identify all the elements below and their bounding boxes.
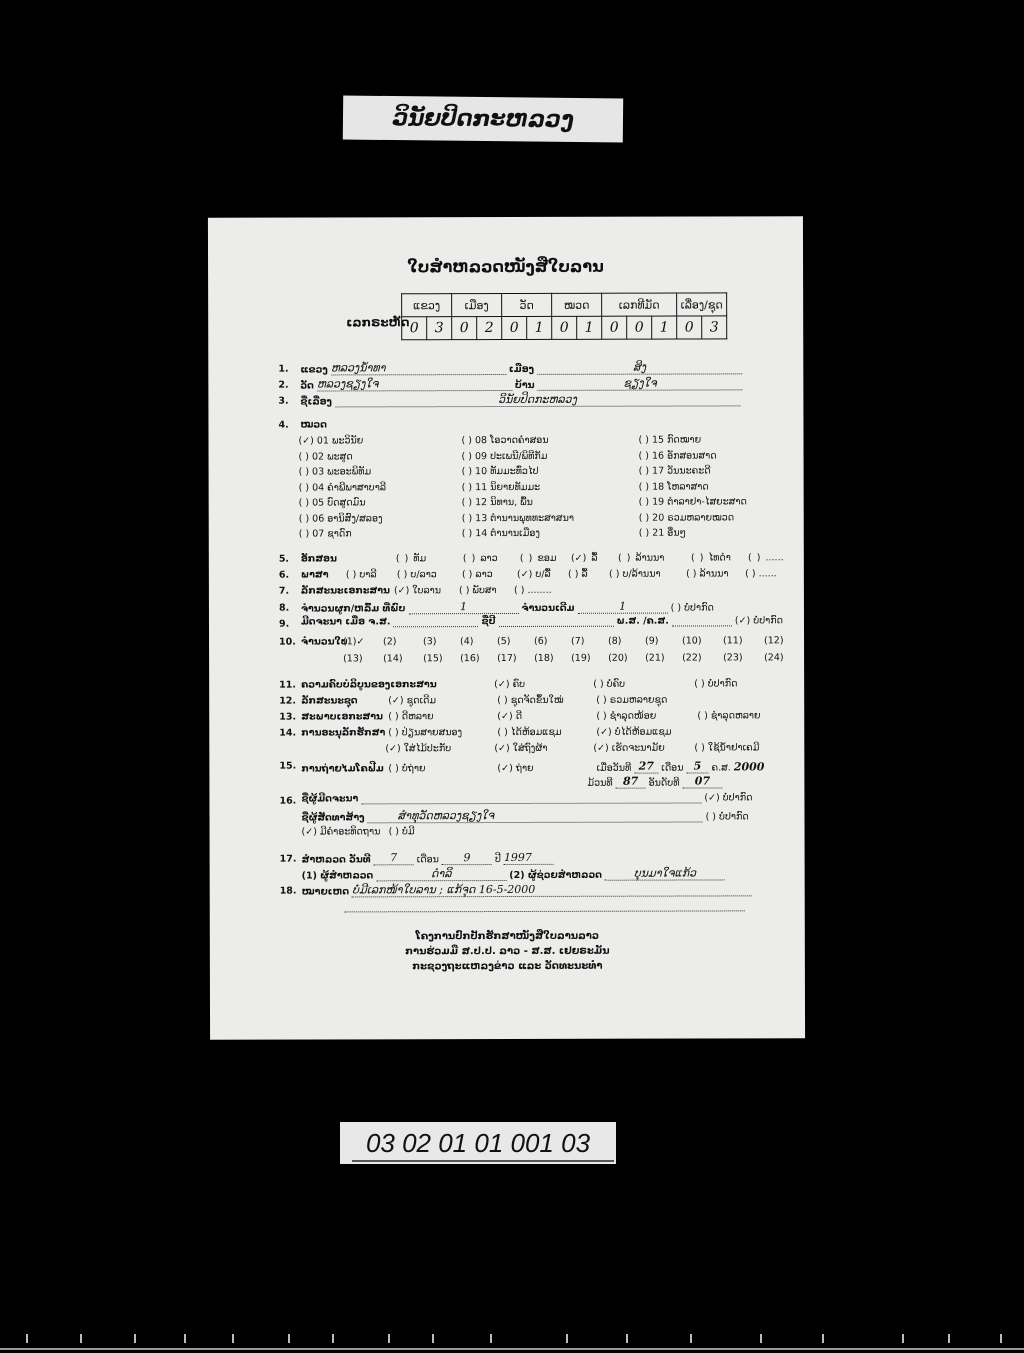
- not-found-option[interactable]: ( ) ບໍ່ປາກົດ: [706, 811, 749, 822]
- doc-type-option[interactable]: ( ) ........: [514, 585, 552, 596]
- conservation-option[interactable]: ( ) ໃຊ້ນ້ຳຢາເຄມີ: [694, 742, 759, 753]
- leaf-option[interactable]: (7): [571, 636, 608, 647]
- script-option[interactable]: ( ) ຂອມ: [520, 553, 566, 564]
- category-option: ( )20 ຣວມຫລາຍໝວດ: [639, 510, 747, 526]
- category-text: 14 ຕຳນານເມືອງ: [475, 528, 540, 539]
- completeness-option[interactable]: ( ) ບໍ່ປາກົດ: [694, 678, 737, 689]
- leaf-option[interactable]: (6): [534, 636, 571, 647]
- checkbox[interactable]: ( ): [462, 526, 472, 542]
- completeness-option-checked[interactable]: (✓) ຄົບ: [494, 679, 590, 690]
- field-number: 10.: [279, 637, 296, 648]
- code-digit: 2: [477, 317, 502, 340]
- field-temple: ວັດ ຫລວງຊຽງໃຈ ບ້ານ ຊຽງໃຈ: [300, 376, 742, 391]
- field-set-type: ລັກສະນະຊຸດ (✓) ຊຸດເດີມ ( ) ຊຸດຈັດຂຶ້ນໃໝ່…: [301, 695, 667, 707]
- script-label: ອັກສອນ: [301, 553, 391, 564]
- checkbox[interactable]: ( ): [461, 433, 471, 449]
- original-count-value: 1: [578, 600, 668, 614]
- village-label: ບ້ານ: [515, 380, 535, 391]
- category-option: ( )06 ອານິສົງ/ສລອງ: [299, 511, 386, 527]
- code-header: ແຂວງ: [402, 294, 452, 317]
- code-header: ເມືອງ: [452, 294, 502, 317]
- leaf-option[interactable]: (21): [645, 653, 682, 664]
- field-number: 1.: [278, 364, 288, 375]
- category-option: ( )18 ໂຫລາສາດ: [639, 479, 747, 495]
- set-type-option-checked[interactable]: (✓) ຊຸດເດີມ: [388, 695, 494, 706]
- checkbox[interactable]: ( ): [639, 495, 649, 511]
- checkbox[interactable]: ( ): [462, 464, 472, 480]
- script-option[interactable]: ( ) ລ້ານນາ: [618, 553, 686, 564]
- language-option[interactable]: ( ) ລື້: [568, 569, 606, 580]
- category-text: 02 ພະສູດ: [312, 451, 353, 462]
- frame-value: 07: [682, 774, 722, 788]
- leaf-count-label: ຈຳນວນໃບ: [301, 636, 343, 647]
- scribe-label: ຊື່ຜູ້ມີດຈະນາ: [301, 793, 358, 804]
- set-type-label: ລັກສະນະຊຸດ: [301, 695, 385, 706]
- bundle-count-label: ຈຳນວນຜູກ/ຫລົ້ມ ທີ່ພົບ: [301, 603, 406, 614]
- category-option: ( )04 ຄຳພີພາສາບາລີ: [299, 480, 386, 496]
- conservation-option-checked[interactable]: (✓) ໃສ່ຖົງຜ້າ: [494, 743, 590, 754]
- sponsor-value: ສຳທຸວັດຫລວງຊຽງໃຈ: [368, 808, 703, 823]
- checkbox[interactable]: ( ): [299, 527, 309, 543]
- field-number: 14.: [279, 728, 296, 739]
- title-label: ຊື່ເລື່ອງ: [300, 396, 332, 407]
- field-script: ອັກສອນ ( ) ທັມ ( ) ລາວ ( ) ຂອມ (✓) ລື້ (…: [301, 552, 784, 564]
- category-text: 07 ຊາດົກ: [312, 528, 351, 539]
- survey-day-value: 7: [374, 851, 414, 865]
- doc-type-label: ລັກສະນະເອກະສານ: [301, 585, 391, 596]
- language-option[interactable]: ( ) ບ/ລາວ: [397, 569, 459, 580]
- code-digit: 0: [452, 317, 477, 340]
- leaf-option[interactable]: (13): [343, 653, 383, 664]
- field-surveyors: (1) ຜູ້ສຳຫລວດ ດຳລິ (2) ຜູ້ຊ່ວຍສຳຫລວດ ບຸນ…: [302, 866, 725, 881]
- conservation-option-checked[interactable]: (✓) ເຮັດຈະນາມັຍ: [593, 743, 691, 754]
- conservation-option-checked[interactable]: (✓) ບໍ່ໄດ້ຫ້ອມແຊມ: [596, 727, 671, 738]
- checkbox[interactable]: ( ): [639, 464, 649, 480]
- checkbox[interactable]: ( ): [639, 479, 649, 495]
- checkbox[interactable]: ( ): [639, 448, 649, 464]
- field-number: 6.: [279, 570, 289, 581]
- leaf-option[interactable]: (3): [423, 636, 460, 647]
- category-option: ( )19 ຕຳລາຢາ-ໄສຍະສາດ: [639, 494, 747, 510]
- category-text: 17 ວັນນະຄະດີ: [652, 465, 711, 476]
- completeness-option[interactable]: ( ) ບໍ່ຄົບ: [593, 679, 691, 690]
- province-value: ຫລວງນໍ້າທາ: [331, 361, 506, 375]
- script-option[interactable]: ( ) ລາວ: [463, 553, 515, 564]
- script-option[interactable]: ( ) ທັມ: [396, 553, 458, 564]
- category-option: ( )09 ປະເພນີ/ພິທີກັມ: [462, 448, 574, 464]
- category-option: ( )21 ອື່ນໆ: [639, 525, 747, 541]
- category-option: ( )12 ນິທານ, ພື້ນ: [462, 495, 574, 511]
- leaf-option[interactable]: (5): [497, 636, 534, 647]
- field-leaf-count: ຈຳນວນໃບ: [301, 636, 343, 647]
- header-label-strip: ວິນັຍປິດກະຫລວງ: [343, 96, 623, 143]
- assistant-value: ບຸນມາໃຈແກ້ວ: [605, 866, 725, 880]
- checkbox[interactable]: ( ): [638, 433, 648, 449]
- title-value: ວິນັຍປິດກະຫລວງ: [335, 392, 740, 407]
- field-title: ຊື່ເລື່ອງ ວິນັຍປິດກະຫລວງ: [300, 392, 740, 407]
- field-reel: ມ້ວນທີ 87 ອັນດັບທີ 07: [587, 774, 722, 788]
- category-option: ( )07 ຊາດົກ: [299, 526, 386, 542]
- category-option: ( )03 ພະອະພິທັມ: [299, 464, 386, 480]
- code-header: ໝວດ: [552, 293, 602, 316]
- field-condition: ສະພາບເອກະສານ ( ) ດີຫລາຍ (✓) ດີ ( ) ຊຳລຸດ…: [301, 710, 760, 722]
- code-digit: 3: [702, 316, 727, 339]
- code-digit: 0: [627, 316, 652, 339]
- code-digit: 1: [527, 316, 552, 339]
- code-digit: 0: [502, 316, 527, 339]
- checkbox[interactable]: ( ): [639, 526, 649, 542]
- category-option: ( )08 ໂອວາດຄຳສອນ: [461, 433, 573, 449]
- category-text: 04 ຄຳພີພາສາບາລີ: [312, 482, 386, 493]
- microfilm-option[interactable]: ( ) ບໍ່ຖ່າຍ: [388, 763, 494, 774]
- code-digit: 1: [577, 316, 602, 339]
- checkbox-checked[interactable]: (✓): [298, 434, 313, 450]
- footer-code-text: 03 02 01 01 001 03: [366, 1128, 590, 1159]
- field-completeness: ຄວາມຄົບບໍລິບູນຂອງເອກະສານ (✓) ຄົບ ( ) ບໍ່…: [301, 678, 737, 690]
- month-value: 5: [686, 759, 708, 773]
- language-option[interactable]: ( ) ບາລີ: [346, 569, 394, 580]
- field-number: 4.: [278, 420, 288, 431]
- category-text: 12 ນິທານ, ພື້ນ: [475, 497, 533, 508]
- set-type-option[interactable]: ( ) ຣວມຫລາຍຊຸດ: [596, 695, 667, 706]
- sponsor-label: ຊື່ຜູ້ສັດທາສ້າງ: [301, 812, 364, 823]
- leaf-option[interactable]: (20): [608, 653, 645, 664]
- code-header: ເລກທີມັດ: [602, 293, 677, 316]
- microfilm-label: ການຖ່າຍໄມໂຄຟີມ: [301, 763, 385, 774]
- category-option: ( )14 ຕຳນານເມືອງ: [462, 526, 574, 542]
- category-option: ( )05 ບົດສູດມົນ: [299, 495, 386, 511]
- language-option[interactable]: ( ) ລ້ານນາ: [686, 568, 742, 579]
- checkbox[interactable]: ( ): [299, 480, 309, 496]
- code-header: ວັດ: [502, 293, 552, 316]
- district-value: ສິງ: [537, 360, 742, 375]
- day-value: 27: [634, 760, 658, 774]
- field-number: 9.: [279, 619, 289, 630]
- category-option: ( )02 ພະສູດ: [299, 449, 386, 465]
- film-edge-marks: [0, 1334, 1024, 1346]
- checkbox[interactable]: ( ): [299, 465, 309, 481]
- category-text: 20 ຣວມຫລາຍໝວດ: [652, 512, 734, 523]
- date-label: ເມື່ອວັນທີ: [596, 763, 631, 774]
- field-doc-type: ລັກສະນະເອກະສານ (✓) ໃບລານ ( ) ພັບສາ ( ) .…: [301, 585, 552, 597]
- category-text: 06 ອານິສົງ/ສລອງ: [312, 513, 382, 524]
- checkbox[interactable]: ( ): [299, 449, 309, 465]
- surveyor-value: ດຳລິ: [376, 867, 506, 881]
- field-prayer: (✓) ມີຄຳອະທິດຖານ ( ) ບໍ່ມີ: [302, 826, 415, 837]
- header-label-text: ວິນັຍປິດກະຫລວງ: [392, 106, 573, 133]
- conservation-label: ການອະນຸລັກຮັກສາ: [301, 727, 385, 738]
- category-col-1: (✓)01 ພະວິນັຍ ( )02 ພະສູດ ( )03 ພະອະພິທັ…: [298, 433, 386, 542]
- field-written-date: ມີດຈະນາ ເມື່ອ ຈ.ສ. ຊື່ປີ ພ.ສ. /ຄ.ສ. (✓) …: [301, 615, 783, 627]
- field-conservation-2: (✓) ໃສ່ໄມ້ປະກັບ (✓) ໃສ່ຖົງຜ້າ (✓) ເຮັດຈະ…: [385, 742, 759, 754]
- leaf-option[interactable]: (8): [608, 636, 645, 647]
- category-col-2: ( )08 ໂອວາດຄຳສອນ ( )09 ປະເພນີ/ພິທີກັມ ( …: [461, 433, 574, 542]
- category-option: ( )15 ກົດໝາຍ: [638, 432, 746, 448]
- field-microfilm: ການຖ່າຍໄມໂຄຟີມ ( ) ບໍ່ຖ່າຍ (✓) ຖ່າຍ ເມື່…: [301, 759, 764, 774]
- reel-value: 87: [616, 775, 646, 789]
- condition-option[interactable]: ( ) ຊຳລຸດໜ້ອຍ: [596, 711, 694, 722]
- language-option[interactable]: ( ) ລາວ: [462, 569, 514, 580]
- divider: [352, 1160, 614, 1162]
- category-label: ໝວດ: [300, 419, 326, 430]
- checkbox[interactable]: ( ): [462, 480, 472, 496]
- footer-line: ໂຄງການປົກປັກຮັກສາໜັງສືໃບລານລາວ: [210, 928, 805, 945]
- leaf-count-row-2: (13) (14) (15) (16) (17) (18) (19) (20) …: [343, 652, 784, 664]
- not-found-option[interactable]: ( ) ບໍ່ປາກົດ: [671, 602, 714, 613]
- category-text: 08 ໂອວາດຄຳສອນ: [475, 435, 549, 446]
- script-option[interactable]: ( ) ໄທດຳ: [691, 552, 743, 563]
- conservation-option[interactable]: ( ) ໄດ້ຫ້ອມແຊມ: [497, 727, 593, 738]
- survey-year-label: ປີ: [495, 854, 501, 865]
- script-option[interactable]: ( ) ......: [748, 552, 784, 563]
- set-type-option[interactable]: ( ) ຊຸດຈັດຂຶ້ນໃໝ່: [497, 695, 593, 706]
- month-label: ເດືອນ: [661, 763, 683, 774]
- category-text: 10 ທັມມະທົ່ວໄປ: [475, 466, 539, 477]
- temple-value: ຫລວງຊຽງໃຈ: [317, 377, 512, 392]
- temple-label: ວັດ: [300, 381, 314, 392]
- field-number: 16.: [279, 796, 296, 807]
- footer-code-strip: 03 02 01 01 001 03: [340, 1122, 616, 1164]
- field-number: 3.: [278, 396, 288, 407]
- field-remarks: ໝາຍເຫດ ບໍ່ມີເລກໜ້າໃບລານ ; ແກ້ຈຸດ 16-5-20…: [302, 882, 752, 897]
- leaf-option[interactable]: (17): [497, 653, 534, 664]
- code-header: ເລື່ອງ/ຊຸດ: [677, 293, 727, 316]
- field-number: 2.: [278, 380, 288, 391]
- checkbox[interactable]: ( ): [462, 449, 472, 465]
- checkbox[interactable]: ( ): [299, 511, 309, 527]
- year-label: ຄ.ສ.: [712, 762, 731, 773]
- survey-form-page: ໃບສຳຫລວດໜັງສືໃບລານ ເລກຣະຫັດ ແຂວງ ເມືອງ ວ…: [208, 216, 805, 1040]
- form-title: ໃບສຳຫລວດໜັງສືໃບລານ: [208, 256, 803, 277]
- category-text: 05 ບົດສູດມົນ: [312, 497, 365, 508]
- footer-line: ການຮ່ວມມື ສ.ປ.ປ. ລາວ - ສ.ສ. ເຢຍຣະມັນ: [210, 943, 805, 960]
- field-language: ພາສາ ( ) ບາລີ ( ) ບ/ລາວ ( ) ລາວ (✓) ບ/ລື…: [301, 568, 777, 580]
- film-edge-line: [0, 1348, 1024, 1350]
- field-conservation: ການອະນຸລັກຮັກສາ ( ) ປ່ຽນສາຍສນອງ ( ) ໄດ້ຫ…: [301, 727, 671, 739]
- category-text: 19 ຕຳລາຢາ-ໄສຍະສາດ: [652, 496, 747, 507]
- field-number: 7.: [279, 586, 289, 597]
- field-number: 17.: [280, 854, 297, 865]
- condition-label: ສະພາບເອກະສານ: [301, 711, 385, 722]
- field-number: 11.: [279, 680, 296, 691]
- category-text: 01 ພະວິນັຍ: [317, 435, 363, 446]
- leaf-option[interactable]: (15): [423, 653, 460, 664]
- language-option[interactable]: ( ) ບ/ລ້ານນາ: [609, 569, 683, 580]
- doc-type-option-checked[interactable]: (✓) ໃບລານ: [394, 585, 456, 596]
- prayer-option-checked[interactable]: (✓) ມີຄຳອະທິດຖານ: [302, 826, 386, 837]
- remarks-line-2: [345, 900, 745, 912]
- leaf-option[interactable]: (16): [460, 653, 497, 664]
- leaf-option[interactable]: (19): [571, 653, 608, 664]
- category-text: 13 ຕຳນານພຸທທະສາສນາ: [475, 512, 574, 523]
- code-digit: 3: [427, 317, 452, 340]
- category-text: 18 ໂຫລາສາດ: [652, 481, 709, 492]
- field-province: ແຂວງ ຫລວງນໍ້າທາ ເມືອງ ສິງ: [300, 360, 742, 375]
- microfilm-option-checked[interactable]: (✓) ຖ່າຍ: [497, 763, 593, 774]
- condition-option[interactable]: ( ) ດີຫລາຍ: [388, 711, 494, 722]
- condition-option-checked[interactable]: (✓) ດີ: [497, 711, 593, 722]
- conservation-option-checked[interactable]: (✓) ໃສ່ໄມ້ປະກັບ: [385, 743, 491, 754]
- leaf-option[interactable]: (2): [383, 636, 423, 647]
- not-found-option-checked[interactable]: (✓) ບໍ່ປາກົດ: [704, 792, 752, 803]
- category-col-3: ( )15 ກົດໝາຍ ( )16 ອັກສອນສາດ ( )17 ວັນນະ…: [638, 432, 746, 541]
- category-option: ( )16 ອັກສອນສາດ: [639, 448, 747, 464]
- field-number: 13.: [279, 712, 296, 723]
- project-footer: ໂຄງການປົກປັກຮັກສາໜັງສືໃບລານລາວ ການຮ່ວມມື…: [210, 928, 805, 975]
- category-text: 15 ກົດໝາຍ: [652, 434, 701, 445]
- checkbox[interactable]: ( ): [639, 510, 649, 526]
- assistant-label: (2) ຜູ້ຊ່ວຍສຳຫລວດ: [509, 870, 602, 881]
- category-text: 03 ພະອະພິທັມ: [312, 466, 371, 477]
- category-text: 11 ນິຍາຍທັມມະ: [475, 481, 540, 492]
- completeness-label: ຄວາມຄົບບໍລິບູນຂອງເອກະສານ: [301, 679, 491, 690]
- field-bundle-count: ຈຳນວນຜູກ/ຫລົ້ມ ທີ່ພົບ 1 ຈຳນວນເດີມ 1 ( ) …: [301, 599, 714, 614]
- category-option: ( )10 ທັມມະທົ່ວໄປ: [462, 464, 574, 480]
- leaf-option[interactable]: (10): [682, 635, 723, 646]
- field-survey-date: ສຳຫລວດ ວັນທີ 7 ເດືອນ 9 ປີ 1997: [302, 851, 554, 866]
- be-ce-label: ພ.ສ. /ຄ.ສ.: [617, 616, 669, 627]
- checkbox[interactable]: ( ): [462, 511, 472, 527]
- bundle-count-value: 1: [408, 600, 518, 614]
- leaf-option[interactable]: (9): [645, 636, 682, 647]
- category-option: ( )11 ນິຍາຍທັມມະ: [462, 479, 574, 495]
- surveyor-label: (1) ຜູ້ສຳຫລວດ: [302, 870, 374, 881]
- field-number: 5.: [279, 554, 289, 565]
- category-text: 16 ອັກສອນສາດ: [652, 450, 717, 461]
- language-option-checked[interactable]: (✓) ບ/ລື້: [517, 569, 565, 580]
- category-option: ( )17 ວັນນະຄະດີ: [639, 463, 747, 479]
- category-text: 21 ອື່ນໆ: [652, 528, 686, 539]
- province-label: ແຂວງ: [300, 364, 327, 375]
- survey-year-value: 1997: [504, 851, 554, 865]
- frame-label: ອັນດັບທີ: [649, 778, 680, 789]
- written-date-label: ມີດຈະນາ ເມື່ອ ຈ.ສ.: [301, 616, 390, 627]
- survey-month-label: ເດືອນ: [417, 854, 439, 865]
- doc-type-option[interactable]: ( ) ພັບສາ: [459, 585, 511, 596]
- survey-month-value: 9: [442, 851, 492, 865]
- field-number: 15.: [279, 761, 296, 772]
- code-table: ແຂວງ ເມືອງ ວັດ ໝວດ ເລກທີມັດ ເລື່ອງ/ຊຸດ 0…: [401, 292, 727, 340]
- code-digit: 0: [402, 317, 427, 340]
- footer-line: ກະຊວງຖະແຫລງຂ່າວ ແລະ ວັດທະນະທຳ: [210, 958, 805, 975]
- field-sponsor: ຊື່ຜູ້ສັດທາສ້າງ ສຳທຸວັດຫລວງຊຽງໃຈ ( ) ບໍ່…: [301, 808, 748, 823]
- field-number: 12.: [279, 696, 296, 707]
- year-name-label: ຊື່ປີ: [481, 616, 495, 627]
- leaf-option[interactable]: (11): [723, 635, 764, 646]
- village-value: ຊຽງໃຈ: [538, 376, 743, 391]
- reel-label: ມ້ວນທີ: [587, 778, 612, 789]
- leaf-option[interactable]: (4): [460, 636, 497, 647]
- language-label: ພາສາ: [301, 569, 343, 580]
- language-option[interactable]: ( ) ......: [745, 568, 777, 579]
- leaf-count-row-1: (1)✓ (2) (3) (4) (5) (6) (7) (8) (9) (10…: [343, 635, 784, 647]
- leaf-option[interactable]: (18): [534, 653, 571, 664]
- leaf-option[interactable]: (23): [723, 652, 764, 663]
- leaf-option[interactable]: (12): [764, 635, 784, 646]
- field-number: 8.: [279, 603, 289, 614]
- leaf-option[interactable]: (24): [764, 652, 784, 663]
- code-digit: 0: [602, 316, 627, 339]
- district-label: ເມືອງ: [509, 364, 534, 375]
- code-digit: 1: [652, 316, 677, 339]
- checkbox[interactable]: ( ): [462, 495, 472, 511]
- checkbox[interactable]: ( ): [299, 496, 309, 512]
- leaf-option[interactable]: (22): [682, 652, 723, 663]
- survey-date-label: ສຳຫລວດ ວັນທີ: [302, 854, 371, 865]
- not-found-option-checked[interactable]: (✓) ບໍ່ປາກົດ: [735, 615, 783, 626]
- original-count-label: ຈຳນວນເດີມ: [521, 603, 574, 614]
- field-scribe: ຊື່ຜູ້ມີດຈະນາ (✓) ບໍ່ປາກົດ: [301, 792, 752, 804]
- category-option: ( )13 ຕຳນານພຸທທະສາສນາ: [462, 510, 574, 526]
- field-number: 18.: [280, 886, 297, 897]
- code-digit: 0: [552, 316, 577, 339]
- prayer-option[interactable]: ( ) ບໍ່ມີ: [389, 826, 415, 837]
- condition-option[interactable]: ( ) ຊຳລຸດຫລາຍ: [697, 710, 760, 721]
- category-option: (✓)01 ພະວິນັຍ: [298, 433, 385, 449]
- code-label: ເລກຣະຫັດ: [346, 315, 409, 329]
- leaf-option-checked[interactable]: (1)✓: [343, 636, 383, 647]
- year-value: 2000: [734, 760, 765, 773]
- remarks-label: ໝາຍເຫດ: [302, 886, 349, 897]
- leaf-option[interactable]: (14): [383, 653, 423, 664]
- category-text: 09 ປະເພນີ/ພິທີກັມ: [475, 450, 547, 461]
- conservation-option[interactable]: ( ) ປ່ຽນສາຍສນອງ: [388, 727, 494, 738]
- code-digit: 0: [677, 316, 702, 339]
- script-option-checked[interactable]: (✓) ລື້: [571, 553, 613, 564]
- remarks-value: ບໍ່ມີເລກໜ້າໃບລານ ; ແກ້ຈຸດ 16-5-2000: [352, 882, 752, 897]
